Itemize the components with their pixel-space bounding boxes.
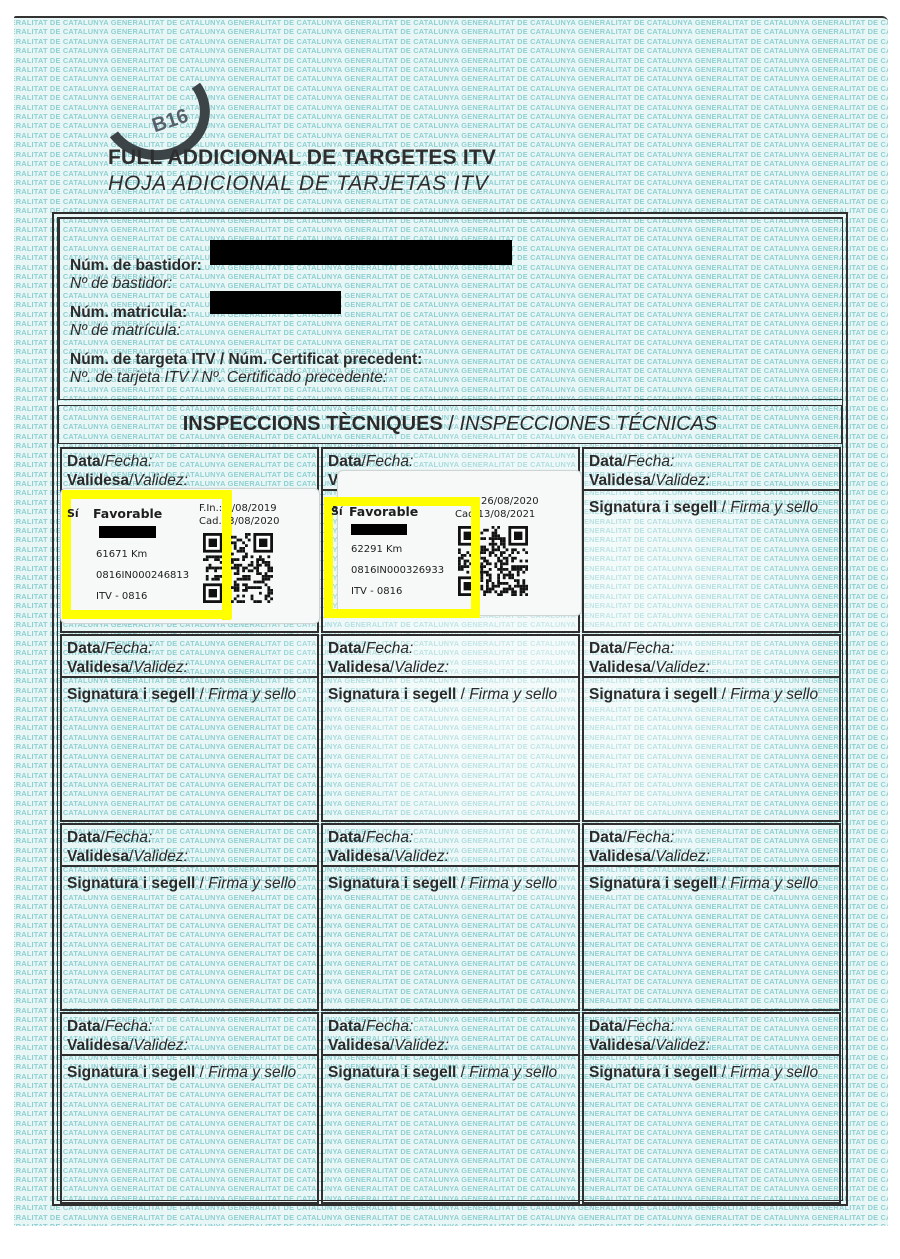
cell-header: Data/Fecha:Validesa/Validez: (584, 636, 839, 678)
signature-label: Signatura i segell / Firma y sello (62, 1056, 317, 1082)
signature-label: Signatura i segell / Firma y sello (584, 1056, 839, 1082)
date-label-es: Fecha: (366, 829, 413, 846)
expiry-value: 3/08/2020 (228, 516, 279, 527)
signature-label: Signatura i segell / Firma y sello (323, 678, 578, 704)
signature-label-ca: Signatura i segell (589, 686, 717, 703)
inspection-cell: Data/Fecha:Validesa/Validez:Signatura i … (582, 634, 841, 822)
document-title: FULL ADDICIONAL DE TARGETES ITV HOJA ADI… (108, 146, 496, 196)
date-label-es: Fecha: (366, 453, 413, 470)
result-prefix: Sí (67, 507, 79, 520)
cell-header: Data/Fecha:Validesa/Validez: (62, 636, 317, 678)
validity-label-es: Validez: (133, 848, 188, 865)
signature-sep: / (717, 875, 730, 892)
validity-label-es: Validez: (133, 659, 188, 676)
signature-sep: / (456, 875, 469, 892)
highlight-bar (222, 490, 231, 620)
validity-label: Validesa/Validez: (67, 658, 317, 677)
date-label: Data/Fecha: (67, 639, 317, 658)
chassis-label-ca: Núm. de bastidor: (70, 257, 202, 275)
title-spanish: HOJA ADICIONAL DE TARJETAS ITV (108, 172, 496, 196)
date-label-ca: Data (589, 640, 623, 657)
chassis-field: Núm. de bastidor: Nº de bastidor: (70, 257, 202, 292)
sticker-dates: F.In.: 3/08/2019 Cad.: 3/08/2020 (199, 502, 279, 528)
signature-label: Signatura i segell / Firma y sello (323, 1056, 578, 1082)
stamp-mark: B16 (80, 60, 200, 140)
date-label: Data/Fecha: (589, 639, 839, 658)
validity-label-es: Validez: (655, 848, 710, 865)
date-label: Data/Fecha: (67, 452, 317, 471)
chassis-value-redacted (210, 240, 512, 265)
validity-label: Validesa/Validez: (328, 1036, 578, 1055)
signature-label-es: Firma y sello (469, 686, 557, 703)
signature-label: Signatura i segell / Firma y sello (584, 678, 839, 704)
cell-header: Data/Fecha:Validesa/Validez: (323, 825, 578, 867)
certificate-number: 0816IN000246813 (96, 570, 189, 581)
validity-label-es: Validez: (133, 1037, 188, 1054)
qr-code-icon (458, 526, 528, 596)
plate-field: Núm. matricula: Nº de matrícula: (70, 304, 187, 339)
date-label: Data/Fecha: (67, 828, 317, 847)
inspections-heading-ca: INSPECCIONS TÈCNIQUES (183, 413, 443, 435)
inspection-sticker-2: Sí Favorable 62291 Km 0816IN000326933 IT… (337, 470, 582, 616)
validity-label-ca: Validesa (328, 848, 390, 865)
cell-header: Data/Fecha:Validesa/Validez: (62, 825, 317, 867)
signature-sep: / (195, 1064, 208, 1081)
signature-label-es: Firma y sello (469, 1064, 557, 1081)
signature-label-ca: Signatura i segell (328, 1064, 456, 1081)
signature-label-ca: Signatura i segell (328, 875, 456, 892)
odometer-km: 61671 Km (96, 549, 147, 560)
signature-label-es: Firma y sello (730, 875, 818, 892)
result-prefix: Sí (331, 505, 343, 518)
date-label-ca: Data (589, 453, 623, 470)
signature-sep: / (717, 499, 730, 516)
signature-label-es: Firma y sello (208, 1064, 296, 1081)
inspection-cell: Data/Fecha:Validesa/Validez:Signatura i … (582, 823, 841, 1011)
inspection-cell: Data/Fecha:Validesa/Validez:Signatura i … (582, 1012, 841, 1204)
validity-label-es: Validez: (133, 472, 188, 489)
signature-label-ca: Signatura i segell (589, 875, 717, 892)
validity-label: Validesa/Validez: (589, 658, 839, 677)
validity-label: Validesa/Validez: (328, 847, 578, 866)
date-label-es: Fecha: (627, 1018, 674, 1035)
result-text: Favorable (349, 504, 418, 519)
validity-label-ca: Validesa (328, 659, 390, 676)
card-label-es: Nº. de tarjeta ITV / Nº. Certificado pre… (70, 369, 422, 386)
validity-label-ca: Validesa (67, 1037, 129, 1054)
result-text: Favorable (93, 506, 162, 521)
cell-header: Data/Fecha:Validesa/Validez: (323, 636, 578, 678)
inspection-cell: Data/Fecha:Validesa/Validez:Signatura i … (321, 1012, 580, 1204)
signature-sep: / (195, 875, 208, 892)
station-code: ITV - 0816 (351, 586, 402, 597)
signature-sep: / (456, 1064, 469, 1081)
inspection-cell: Data/Fecha:Validesa/Validez:Signatura i … (60, 1012, 319, 1204)
date-label-es: Fecha: (105, 640, 152, 657)
cell-header: Data/Fecha:Validesa/Validez: (62, 1014, 317, 1056)
signature-label: Signatura i segell / Firma y sello (584, 867, 839, 893)
signature-sep: / (717, 686, 730, 703)
validity-label-ca: Validesa (67, 848, 129, 865)
cell-header: Data/Fecha:Validesa/Validez: (62, 449, 317, 491)
validity-label-ca: Validesa (67, 659, 129, 676)
date-label-es: Fecha: (105, 1018, 152, 1035)
validity-label: Validesa/Validez: (589, 471, 839, 490)
signature-label-ca: Signatura i segell (589, 1064, 717, 1081)
redacted-field (99, 526, 156, 538)
date-label-ca: Data (328, 640, 362, 657)
validity-label: Validesa/Validez: (67, 847, 317, 866)
date-label-ca: Data (328, 829, 362, 846)
date-label-ca: Data (589, 1018, 623, 1035)
inspections-heading-sep: / (443, 413, 460, 435)
date-label-ca: Data (328, 453, 362, 470)
expiry-value: 13/08/2021 (478, 509, 536, 520)
signature-label-es: Firma y sello (469, 875, 557, 892)
validity-label: Validesa/Validez: (67, 1036, 317, 1055)
date-label-es: Fecha: (105, 453, 152, 470)
validity-label-es: Validez: (655, 1037, 710, 1054)
date-label: Data/Fecha: (589, 452, 839, 471)
signature-label-es: Firma y sello (730, 499, 818, 516)
card-label-ca: Núm. de targeta ITV / Núm. Certificat pr… (70, 351, 422, 369)
date-label-ca: Data (67, 453, 101, 470)
highlight-bar (471, 497, 480, 617)
signature-label-ca: Signatura i segell (589, 499, 717, 516)
title-catalan: FULL ADDICIONAL DE TARGETES ITV (108, 146, 496, 170)
signature-label-ca: Signatura i segell (67, 1064, 195, 1081)
inspections-heading: INSPECCIONS TÈCNIQUES / INSPECCIONES TÉC… (58, 405, 842, 444)
signature-label: Signatura i segell / Firma y sello (584, 491, 839, 517)
signature-label: Signatura i segell / Firma y sello (62, 867, 317, 893)
chassis-label-es: Nº de bastidor: (70, 275, 202, 292)
card-field: Núm. de targeta ITV / Núm. Certificat pr… (70, 351, 422, 386)
cell-header: Data/Fecha:Validesa/Validez: (584, 1014, 839, 1056)
date-label-ca: Data (328, 1018, 362, 1035)
date-label-es: Fecha: (627, 453, 674, 470)
station-code: ITV - 0816 (96, 591, 147, 602)
signature-label-ca: Signatura i segell (67, 686, 195, 703)
signature-label-es: Firma y sello (208, 875, 296, 892)
certificate-number: 0816IN000326933 (351, 565, 444, 576)
validity-label-ca: Validesa (589, 848, 651, 865)
date-label-ca: Data (67, 829, 101, 846)
date-label: Data/Fecha: (328, 639, 578, 658)
validity-label-ca: Validesa (328, 1037, 390, 1054)
cell-header: Data/Fecha:Validesa/Validez: (584, 825, 839, 867)
inspection-cell: Data/Fecha:Validesa/Validez:Signatura i … (60, 823, 319, 1011)
date-label: F.In.: (199, 503, 222, 514)
validity-label-es: Validez: (394, 848, 449, 865)
date-label-ca: Data (589, 829, 623, 846)
signature-label-ca: Signatura i segell (328, 686, 456, 703)
signature-label-es: Firma y sello (730, 1064, 818, 1081)
inspection-sticker-1: Sí Favorable 61671 Km 0816IN000246813 IT… (60, 488, 320, 624)
inspections-heading-es: INSPECCIONES TÉCNICAS (459, 413, 717, 435)
inspection-cell: Data/Fecha:Validesa/Validez:Signatura i … (321, 823, 580, 1011)
redacted-field (351, 524, 407, 535)
date-label: Data/Fecha: (589, 828, 839, 847)
plate-value-redacted (210, 291, 341, 314)
date-label: Data/Fecha: (328, 1017, 578, 1036)
signature-sep: / (195, 686, 208, 703)
inspection-cell: Data/Fecha:Validesa/Validez:Signatura i … (60, 634, 319, 822)
validity-label: Validesa/Validez: (328, 658, 578, 677)
signature-label-es: Firma y sello (208, 686, 296, 703)
validity-label-ca: Validesa (589, 472, 651, 489)
validity-label: Validesa/Validez: (589, 1036, 839, 1055)
date-value: 3/08/2019 (225, 503, 276, 514)
date-label-es: Fecha: (627, 640, 674, 657)
date-value: 26/08/2020 (481, 496, 539, 507)
validity-label-es: Validez: (655, 472, 710, 489)
qr-code-icon (203, 533, 273, 603)
validity-label-es: Validez: (655, 659, 710, 676)
signature-label-ca: Signatura i segell (67, 875, 195, 892)
signature-sep: / (717, 1064, 730, 1081)
inspection-cell: Data/Fecha:Validesa/Validez:Signatura i … (321, 634, 580, 822)
validity-label: Validesa/Validez: (589, 847, 839, 866)
validity-label-es: Validez: (394, 659, 449, 676)
sticker-dates: 26/08/2020 Cad 13/08/2021 (455, 495, 539, 521)
vehicle-section: Núm. de bastidor: Nº de bastidor: Núm. m… (58, 218, 843, 400)
cell-header: Data/Fecha:Validesa/Validez: (323, 1014, 578, 1056)
date-label: Data/Fecha: (589, 1017, 839, 1036)
date-label: Data/Fecha: (67, 1017, 317, 1036)
signature-label: Signatura i segell / Firma y sello (323, 867, 578, 893)
validity-label-ca: Validesa (67, 472, 129, 489)
signature-label-es: Firma y sello (730, 686, 818, 703)
signature-sep: / (456, 686, 469, 703)
validity-label-es: Validez: (394, 1037, 449, 1054)
odometer-km: 62291 Km (351, 544, 402, 555)
cell-header: Data/Fecha:Validesa/Validez: (584, 449, 839, 491)
signature-label: Signatura i segell / Firma y sello (62, 678, 317, 704)
validity-label-ca: Validesa (589, 1037, 651, 1054)
date-label-ca: Data (67, 1018, 101, 1035)
inspection-cell: Data/Fecha:Validesa/Validez:Signatura i … (582, 447, 841, 633)
date-label-es: Fecha: (105, 829, 152, 846)
date-label-es: Fecha: (627, 829, 674, 846)
plate-label-es: Nº de matrícula: (70, 322, 187, 339)
date-label: Data/Fecha: (328, 452, 578, 471)
date-label-es: Fecha: (366, 640, 413, 657)
date-label-ca: Data (67, 640, 101, 657)
plate-label-ca: Núm. matricula: (70, 304, 187, 322)
date-label: Data/Fecha: (328, 828, 578, 847)
date-label-es: Fecha: (366, 1018, 413, 1035)
validity-label-ca: Validesa (589, 659, 651, 676)
